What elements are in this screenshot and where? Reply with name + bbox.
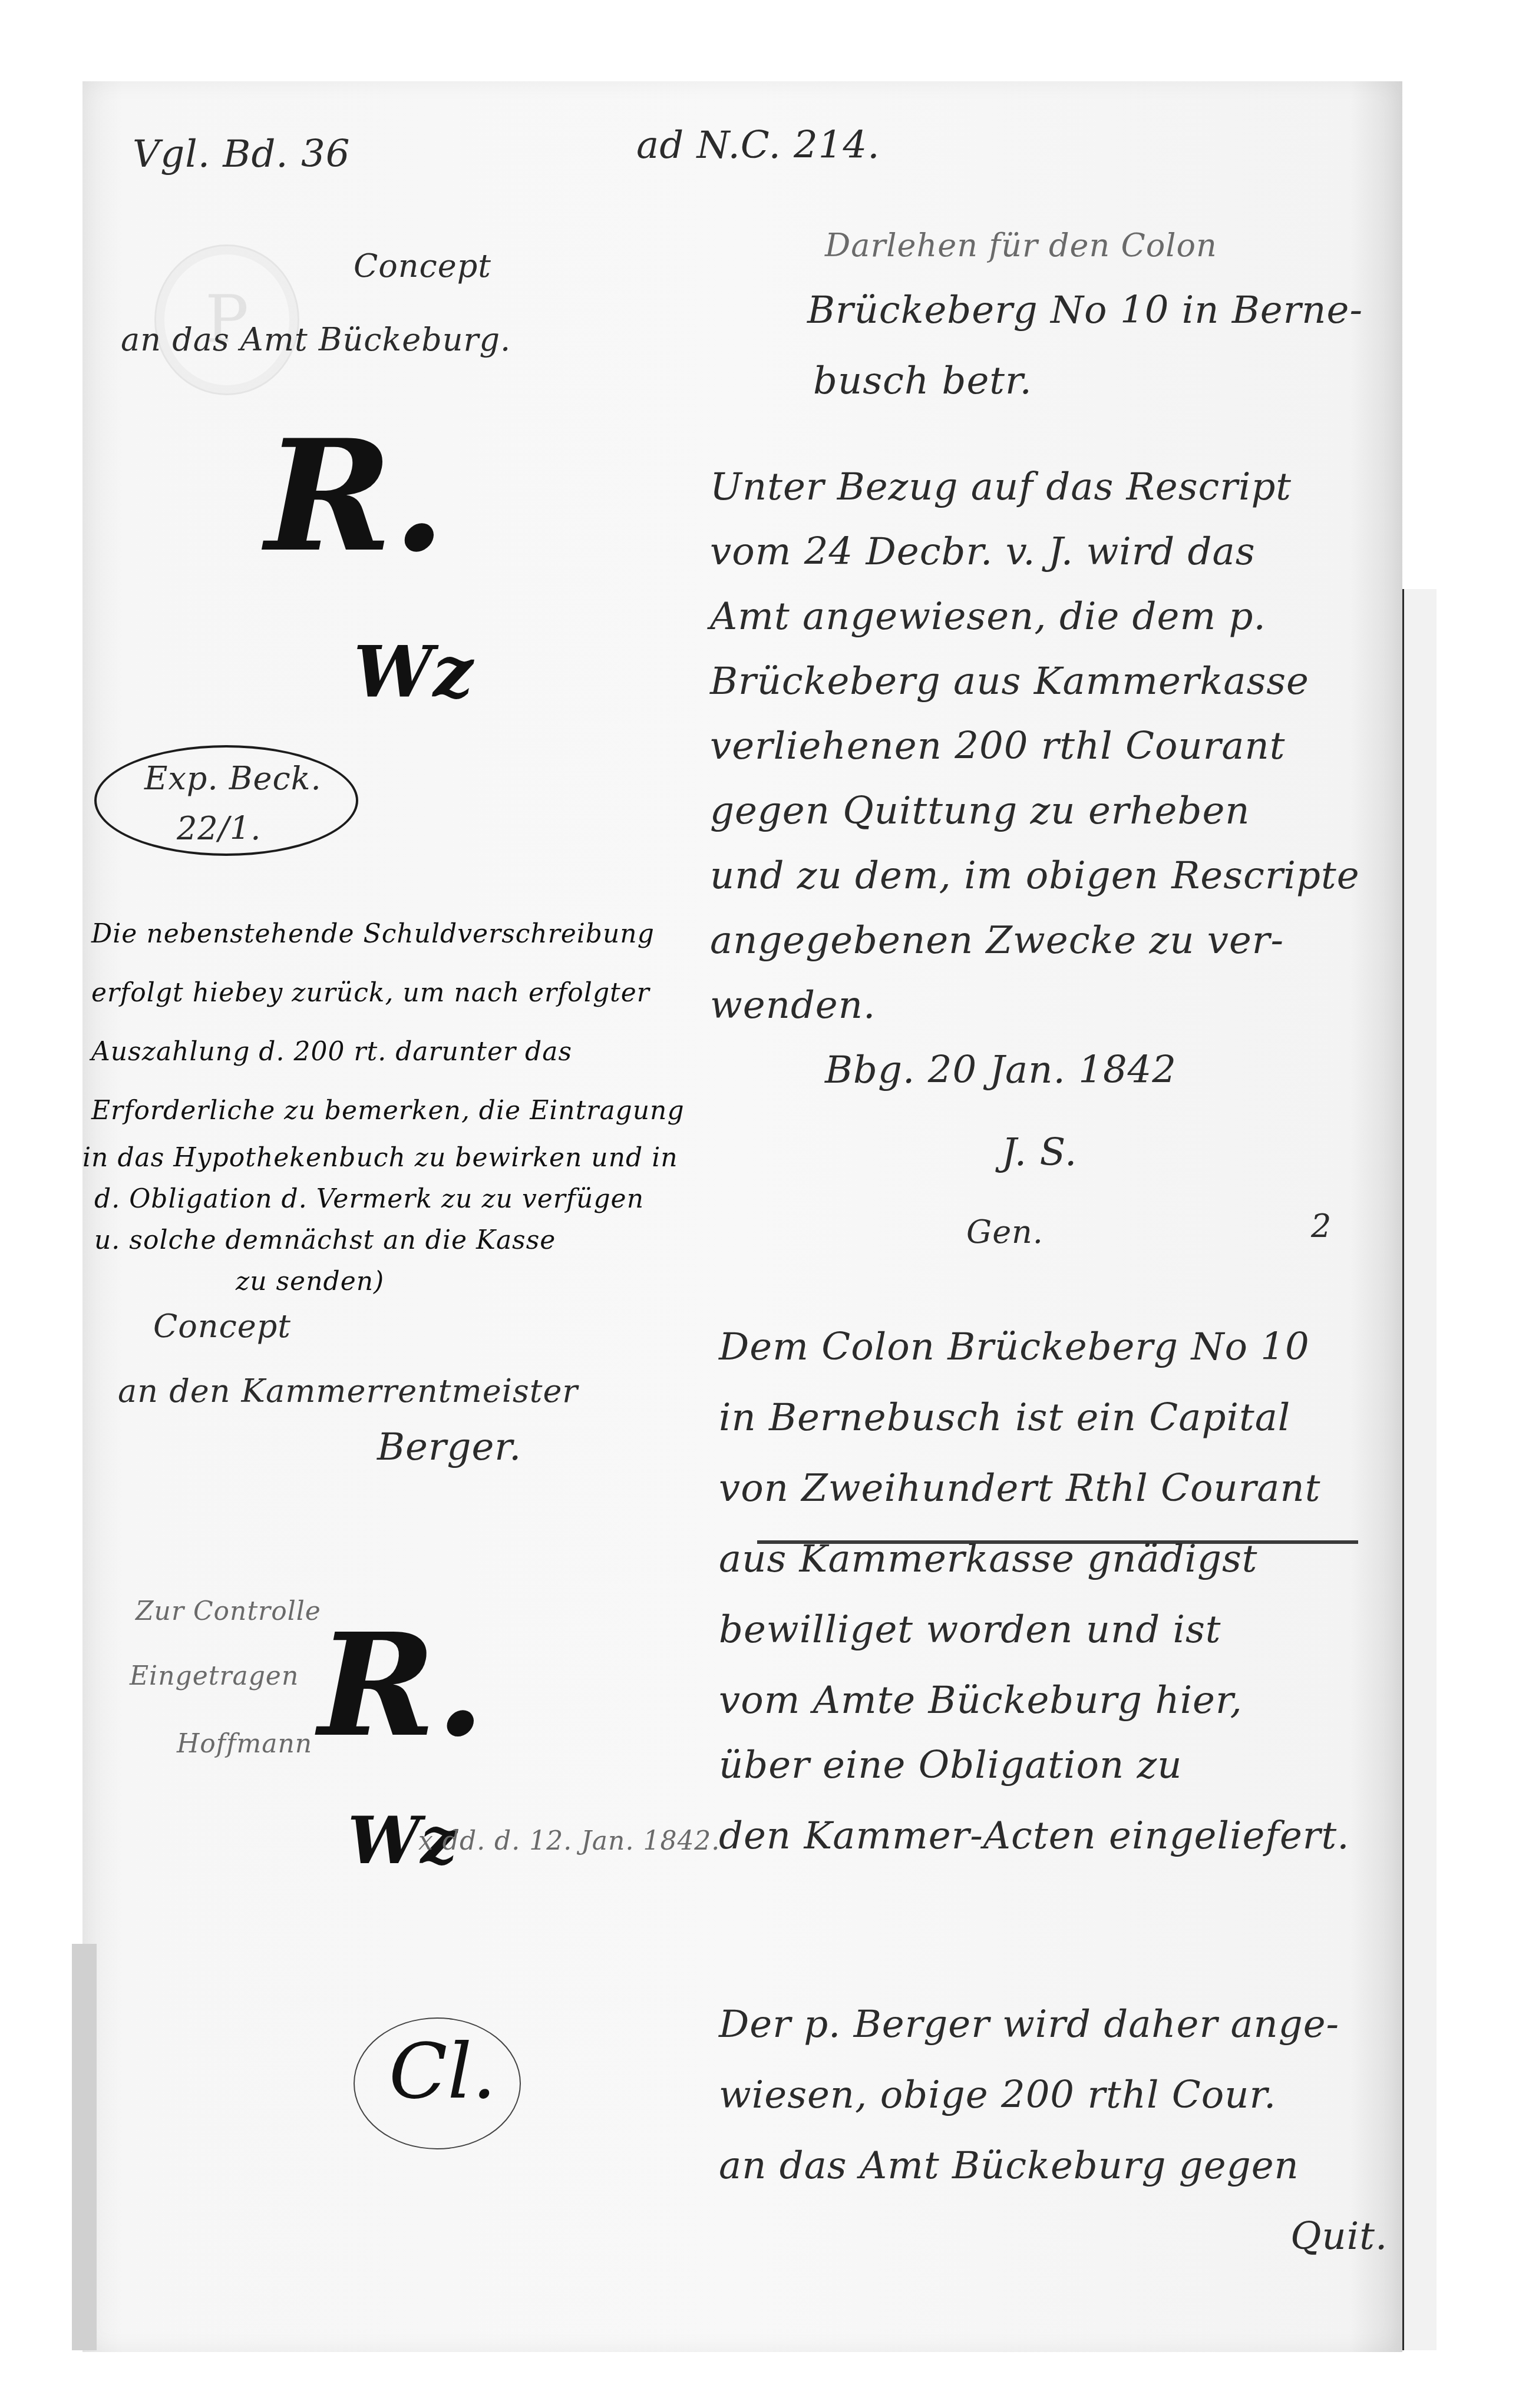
paragraph-1-line: gegen Quittung zu erheben <box>710 789 1250 833</box>
embossed-seal-icon: P <box>154 244 299 395</box>
left-reference: Vgl. Bd. 36 <box>133 133 350 176</box>
control-note: Zur Controlle <box>136 1596 321 1626</box>
paragraph-1-line: vom 24 Decbr. v. J. wird das <box>710 530 1256 574</box>
paragraph-1-line: und zu dem, im obigen Rescripte <box>710 854 1360 898</box>
marginal-note-line: Die nebenstehende Schuldverschreibung <box>91 919 655 949</box>
closing-mark: J. S. <box>1002 1131 1077 1175</box>
initial-r-signature: R. <box>265 406 446 586</box>
center-reference: ad N.C. 214. <box>636 124 880 167</box>
dated-note: x dd. d. 12. Jan. 1842. <box>418 1826 720 1856</box>
marginal-note-line: d. Obligation d. Vermerk zu zu verfügen <box>94 1184 644 1214</box>
initial-w-signature: Wz <box>354 630 473 713</box>
paragraph-1-line: wenden. <box>710 984 876 1027</box>
page-mark: 2 <box>1311 1208 1332 1245</box>
place-date-line: Bbg. 20 Jan. 1842 <box>825 1048 1177 1092</box>
paragraph-1-line: angegebenen Zwecke zu ver- <box>710 919 1284 962</box>
paragraph-2-line: aus Kammerkasse gnädigst <box>719 1537 1258 1581</box>
paragraph-2-line underlined: von Zweihundert Rthl Courant <box>719 1467 1320 1510</box>
subject-line: busch betr. <box>813 359 1032 403</box>
subject-line: Darlehen für den Colon <box>825 227 1217 264</box>
concept-addressee-2: an den Kammerrentmeister <box>118 1372 578 1410</box>
marginal-note-line: in das Hypothekenbuch zu bewirken und in <box>82 1143 678 1173</box>
expedition-label: Exp. Beck. <box>144 760 322 797</box>
addressee-name: Berger. <box>377 1425 521 1469</box>
flourish-initials: Cl. <box>389 2026 496 2116</box>
control-note-entered: Eingetragen <box>130 1661 299 1691</box>
paragraph-1-line: Amt angewiesen, die dem p. <box>710 595 1266 639</box>
marginal-note-line: zu senden) <box>236 1266 384 1296</box>
control-note-signer: Hoffmann <box>177 1729 312 1759</box>
paragraph-2-line: in Bernebusch ist ein Capital <box>719 1396 1290 1440</box>
expedition-date: 22/1. <box>177 810 261 847</box>
paragraph-2-line: Der p. Berger wird daher ange- <box>719 2003 1339 2046</box>
subject-line: Brückeberg No 10 in Berne- <box>807 289 1363 332</box>
marginal-note-line: Erforderliche zu bemerken, die Eintragun… <box>91 1096 685 1126</box>
page-fold-edge <box>1402 589 1437 2350</box>
paragraph-1-line: Brückeberg aus Kammerkasse <box>710 660 1309 703</box>
paragraph-1-line: verliehenen 200 rthl Courant <box>710 725 1285 768</box>
paragraph-2-line: den Kammer-Acten eingeliefert. <box>719 1814 1350 1858</box>
concept-addressee: an das Amt Bückeburg. <box>121 321 511 358</box>
marginal-note-line: u. solche demnächst an die Kasse <box>94 1225 556 1255</box>
binding-strip <box>72 1944 97 2350</box>
paragraph-1-line: Unter Bezug auf das Rescript <box>710 465 1292 509</box>
paragraph-2-line: an das Amt Bückeburg gegen <box>719 2144 1299 2188</box>
marginal-note-line: erfolgt hiebey zurück, um nach erfolgter <box>91 978 650 1008</box>
paragraph-2-line: bewilliget worden und ist <box>719 1608 1221 1652</box>
paragraph-2-line: über eine Obligation zu <box>719 1744 1183 1787</box>
concept-label-2: Concept <box>153 1308 291 1345</box>
paragraph-2-line: Quit. <box>1290 2215 1388 2258</box>
paragraph-2-line: vom Amte Bückeburg hier, <box>719 1679 1243 1722</box>
paragraph-2-line: Dem Colon Brückeberg No 10 <box>719 1325 1310 1369</box>
initial-r-signature-2: R. <box>318 1602 485 1768</box>
paragraph-2-line: wiesen, obige 200 rthl Cour. <box>719 2073 1276 2117</box>
marginal-note-line: Auszahlung d. 200 rt. darunter das <box>91 1037 572 1067</box>
closing-abbrev: Gen. <box>966 1213 1044 1251</box>
concept-label: Concept <box>354 247 491 285</box>
